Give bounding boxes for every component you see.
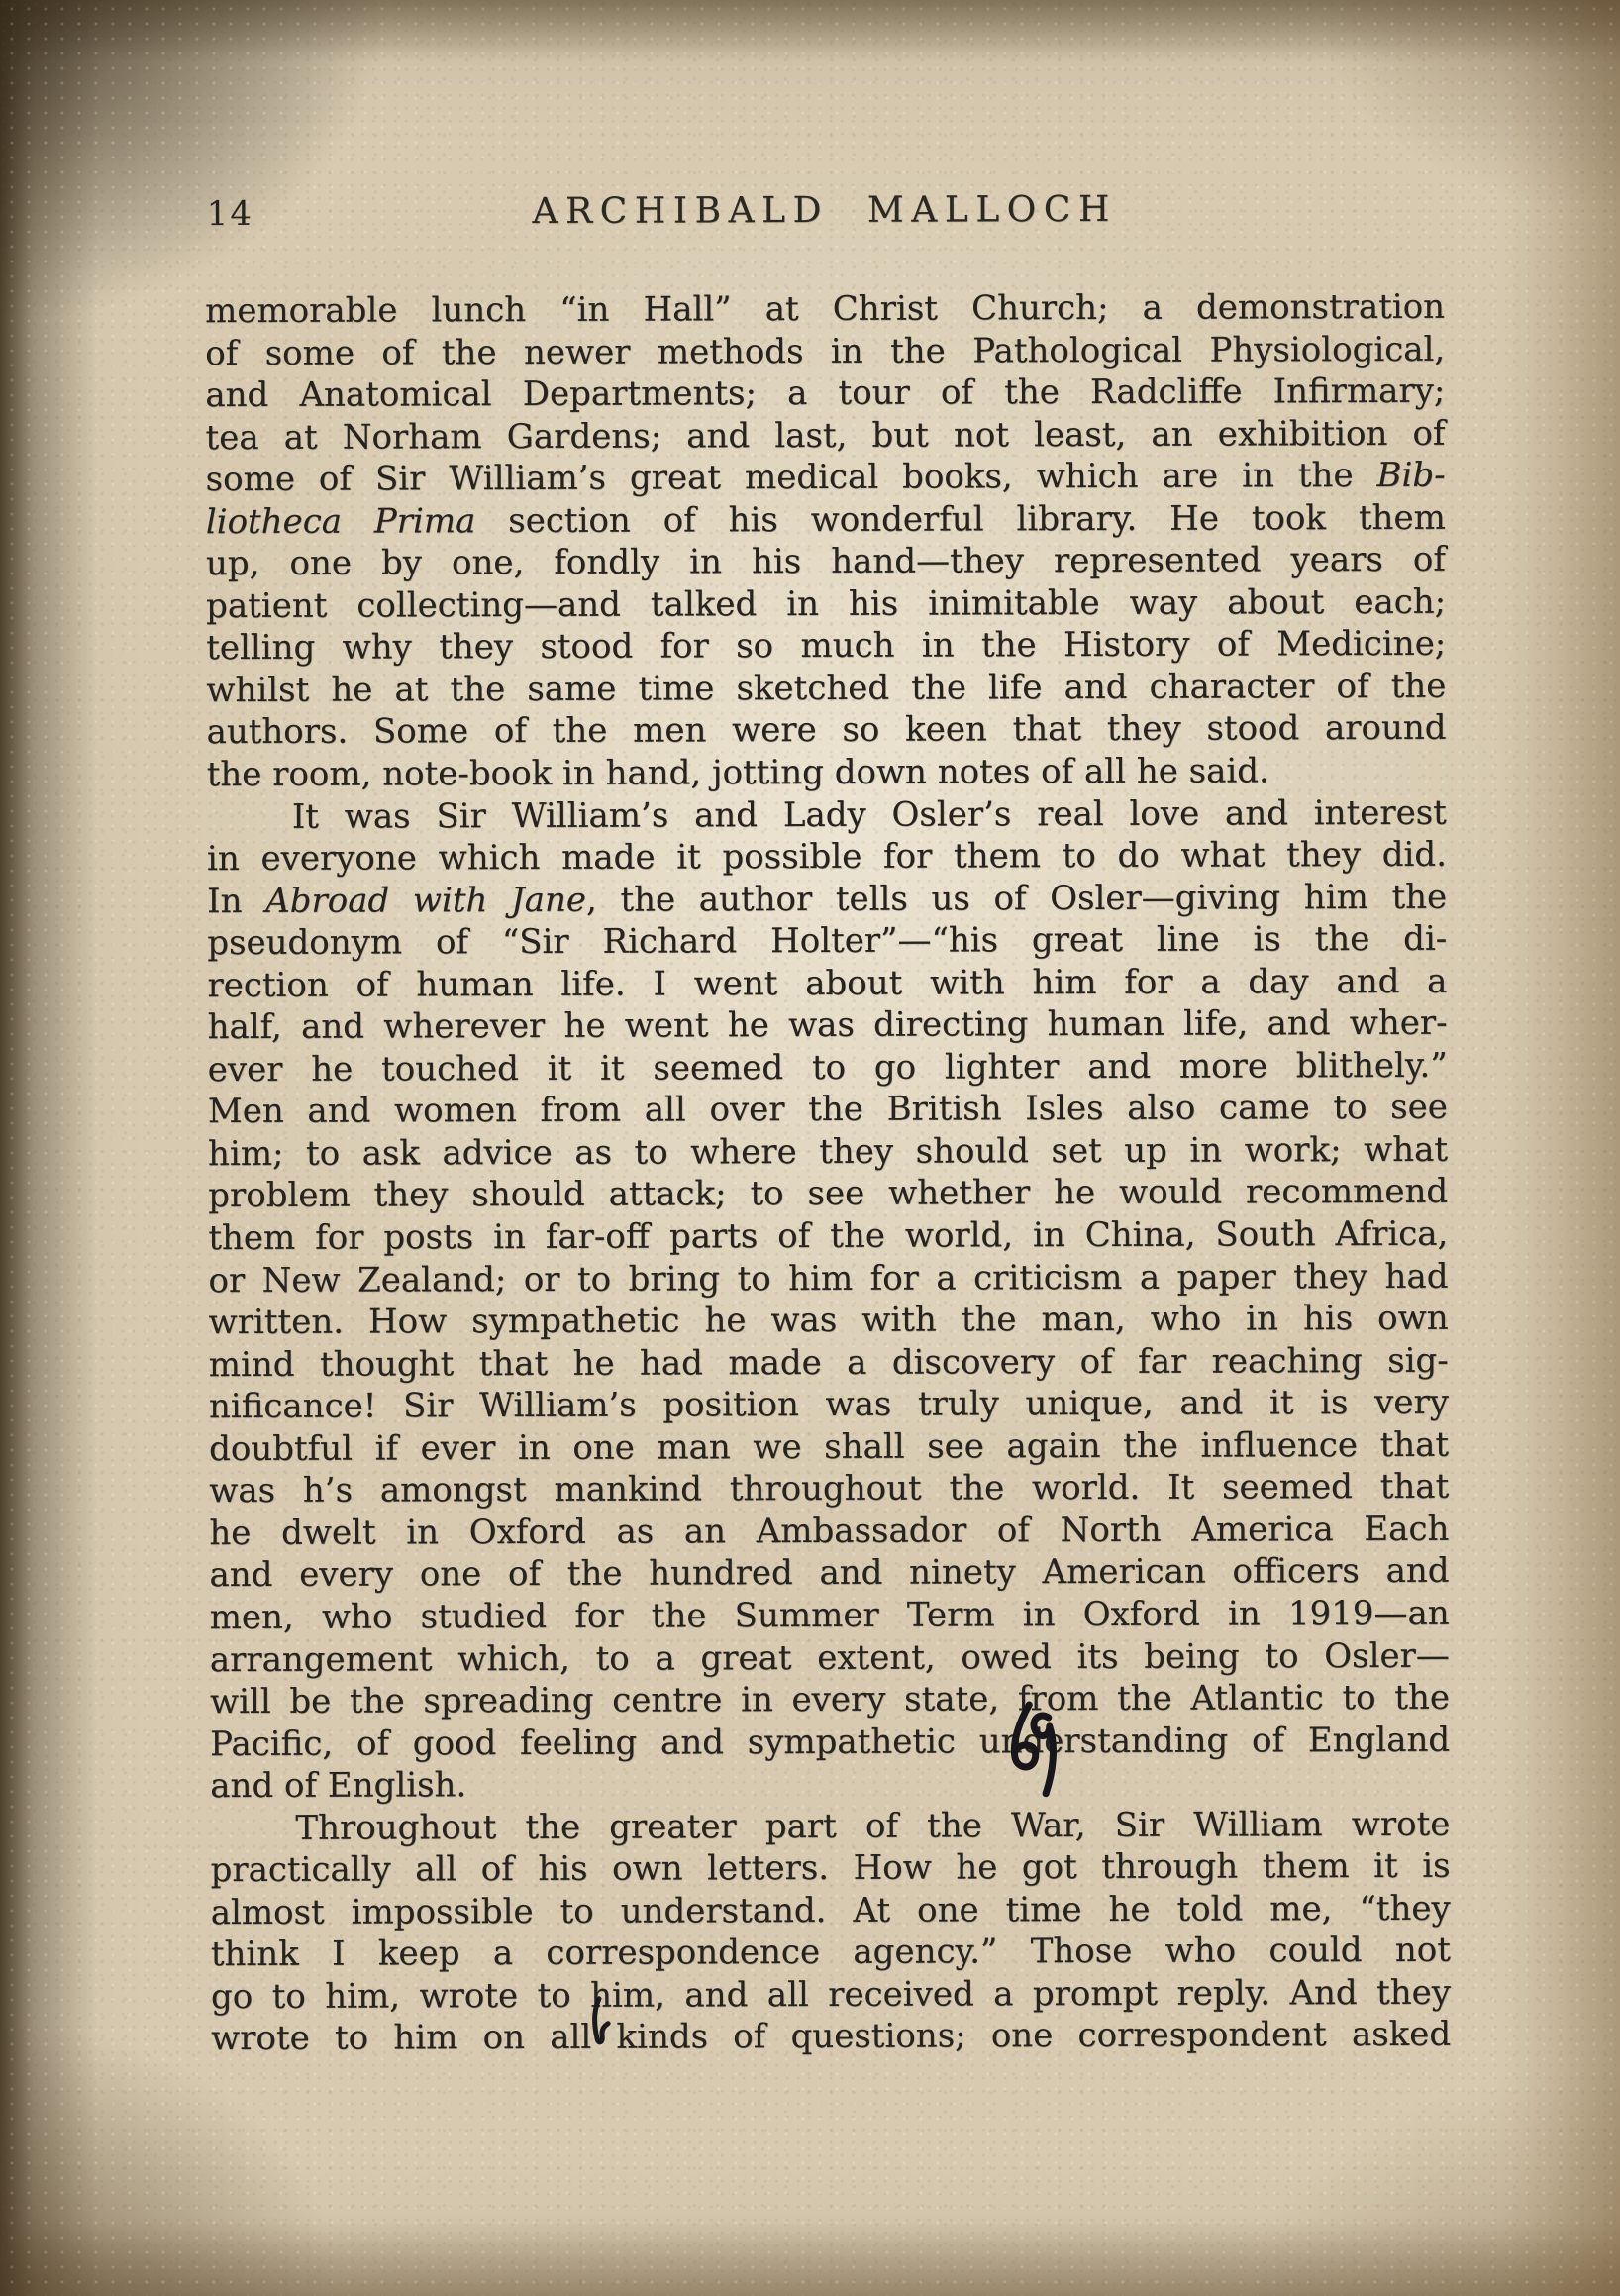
text-line: Pacific, of good feeling and sympathetic… xyxy=(210,1719,1450,1765)
text-line: problem they should attack; to see wheth… xyxy=(208,1171,1448,1217)
text-line: will be the spreading centre in every st… xyxy=(210,1677,1450,1723)
text-line: almost impossible to understand. At one … xyxy=(211,1888,1451,1934)
text-line: them for posts in far-off parts of the w… xyxy=(208,1213,1448,1260)
text-line: men, who studied for the Summer Term in … xyxy=(210,1593,1450,1639)
text-line: It was Sir William’s and Lady Osler’s re… xyxy=(207,791,1447,838)
text-line: arrangement which, to a great extent, ow… xyxy=(210,1634,1450,1681)
page-header: 14 ARCHIBALD MALLOCH xyxy=(205,188,1445,240)
text-segment: In xyxy=(207,882,265,921)
text-line: authors. Some of the men were so keen th… xyxy=(206,707,1446,754)
text-line: some of Sir William’s great medical book… xyxy=(206,455,1446,501)
italic-segment: Bib- xyxy=(1376,456,1445,495)
text-line: Throughout the greater part of the War, … xyxy=(210,1803,1450,1849)
text-line: think I keep a correspondence agency.” T… xyxy=(211,1930,1451,1976)
text-line: ever he touched it it seemed to go light… xyxy=(208,1045,1448,1092)
text-line: or New Zealand; or to bring to him for a… xyxy=(208,1255,1448,1302)
text-line: wrote to him on all kinds of questions; … xyxy=(211,2014,1451,2060)
text-line: whilst he at the same time sketched the … xyxy=(206,666,1446,712)
text-line: he dwelt in Oxford as an Ambassador of N… xyxy=(209,1509,1449,1555)
text-segment: some of Sir William’s great medical book… xyxy=(206,456,1377,499)
text-line: telling why they stood for so much in th… xyxy=(206,623,1446,670)
text-line: liotheca Prima section of his wonderful … xyxy=(206,496,1446,543)
text-line: and of English. xyxy=(210,1761,1450,1808)
italic-segment: liotheca Prima xyxy=(206,501,476,542)
ink-blot-mark xyxy=(587,1996,613,2047)
text-line: of some of the newer methods in the Path… xyxy=(205,328,1445,374)
handwritten-69-mark xyxy=(1000,1697,1077,1800)
text-segment: , the author tells us of Osler—giving hi… xyxy=(586,877,1447,919)
text-line: was h’s amongst mankind throughout the w… xyxy=(209,1466,1449,1513)
page-number: 14 xyxy=(207,194,253,234)
italic-segment: Abroad with Jane xyxy=(265,880,586,920)
text-line: doubtful if ever in one man we shall see… xyxy=(209,1424,1449,1471)
running-head: ARCHIBALD MALLOCH xyxy=(205,188,1445,233)
text-line: rection of human life. I went about with… xyxy=(207,961,1447,1007)
scanned-book-page: 14 ARCHIBALD MALLOCH memorable lunch “in… xyxy=(0,0,1620,2296)
text-line: memorable lunch “in Hall” at Christ Chur… xyxy=(205,286,1445,333)
text-line: the room, note-book in hand, jotting dow… xyxy=(207,750,1447,796)
text-line: patient collecting—and talked in his ini… xyxy=(206,581,1446,628)
text-line: him; to ask advice as to where they shou… xyxy=(208,1129,1448,1176)
text-line: pseudonym of “Sir Richard Holter”—“his g… xyxy=(207,918,1447,965)
text-line: tea at Norham Gardens; and last, but not… xyxy=(205,412,1445,459)
text-line: and every one of the hundred and ninety … xyxy=(209,1550,1449,1597)
text-line: in everyone which made it possible for t… xyxy=(207,834,1447,881)
text-line: half, and wherever he went he was direct… xyxy=(207,1002,1447,1049)
text-line: up, one by one, fondly in his hand—they … xyxy=(206,539,1446,585)
text-segment: section of his wonderful library. He too… xyxy=(475,497,1446,540)
text-line: written. How sympathetic he was with the… xyxy=(209,1298,1449,1344)
text-line: Men and women from all over the British … xyxy=(208,1087,1448,1133)
text-line: In Abroad with Jane, the author tells us… xyxy=(207,876,1447,922)
text-line: mind thought that he had made a discover… xyxy=(209,1339,1449,1386)
body-text: memorable lunch “in Hall” at Christ Chur… xyxy=(205,286,1451,2060)
page-sheet: 14 ARCHIBALD MALLOCH memorable lunch “in… xyxy=(0,0,1620,2296)
text-line: go to him, wrote to him, and all receive… xyxy=(211,1972,1451,2019)
text-line: nificance! Sir William’s position was tr… xyxy=(209,1382,1449,1428)
text-line: practically all of his own letters. How … xyxy=(210,1845,1450,1892)
text-line: and Anatomical Departments; a tour of th… xyxy=(205,370,1445,417)
